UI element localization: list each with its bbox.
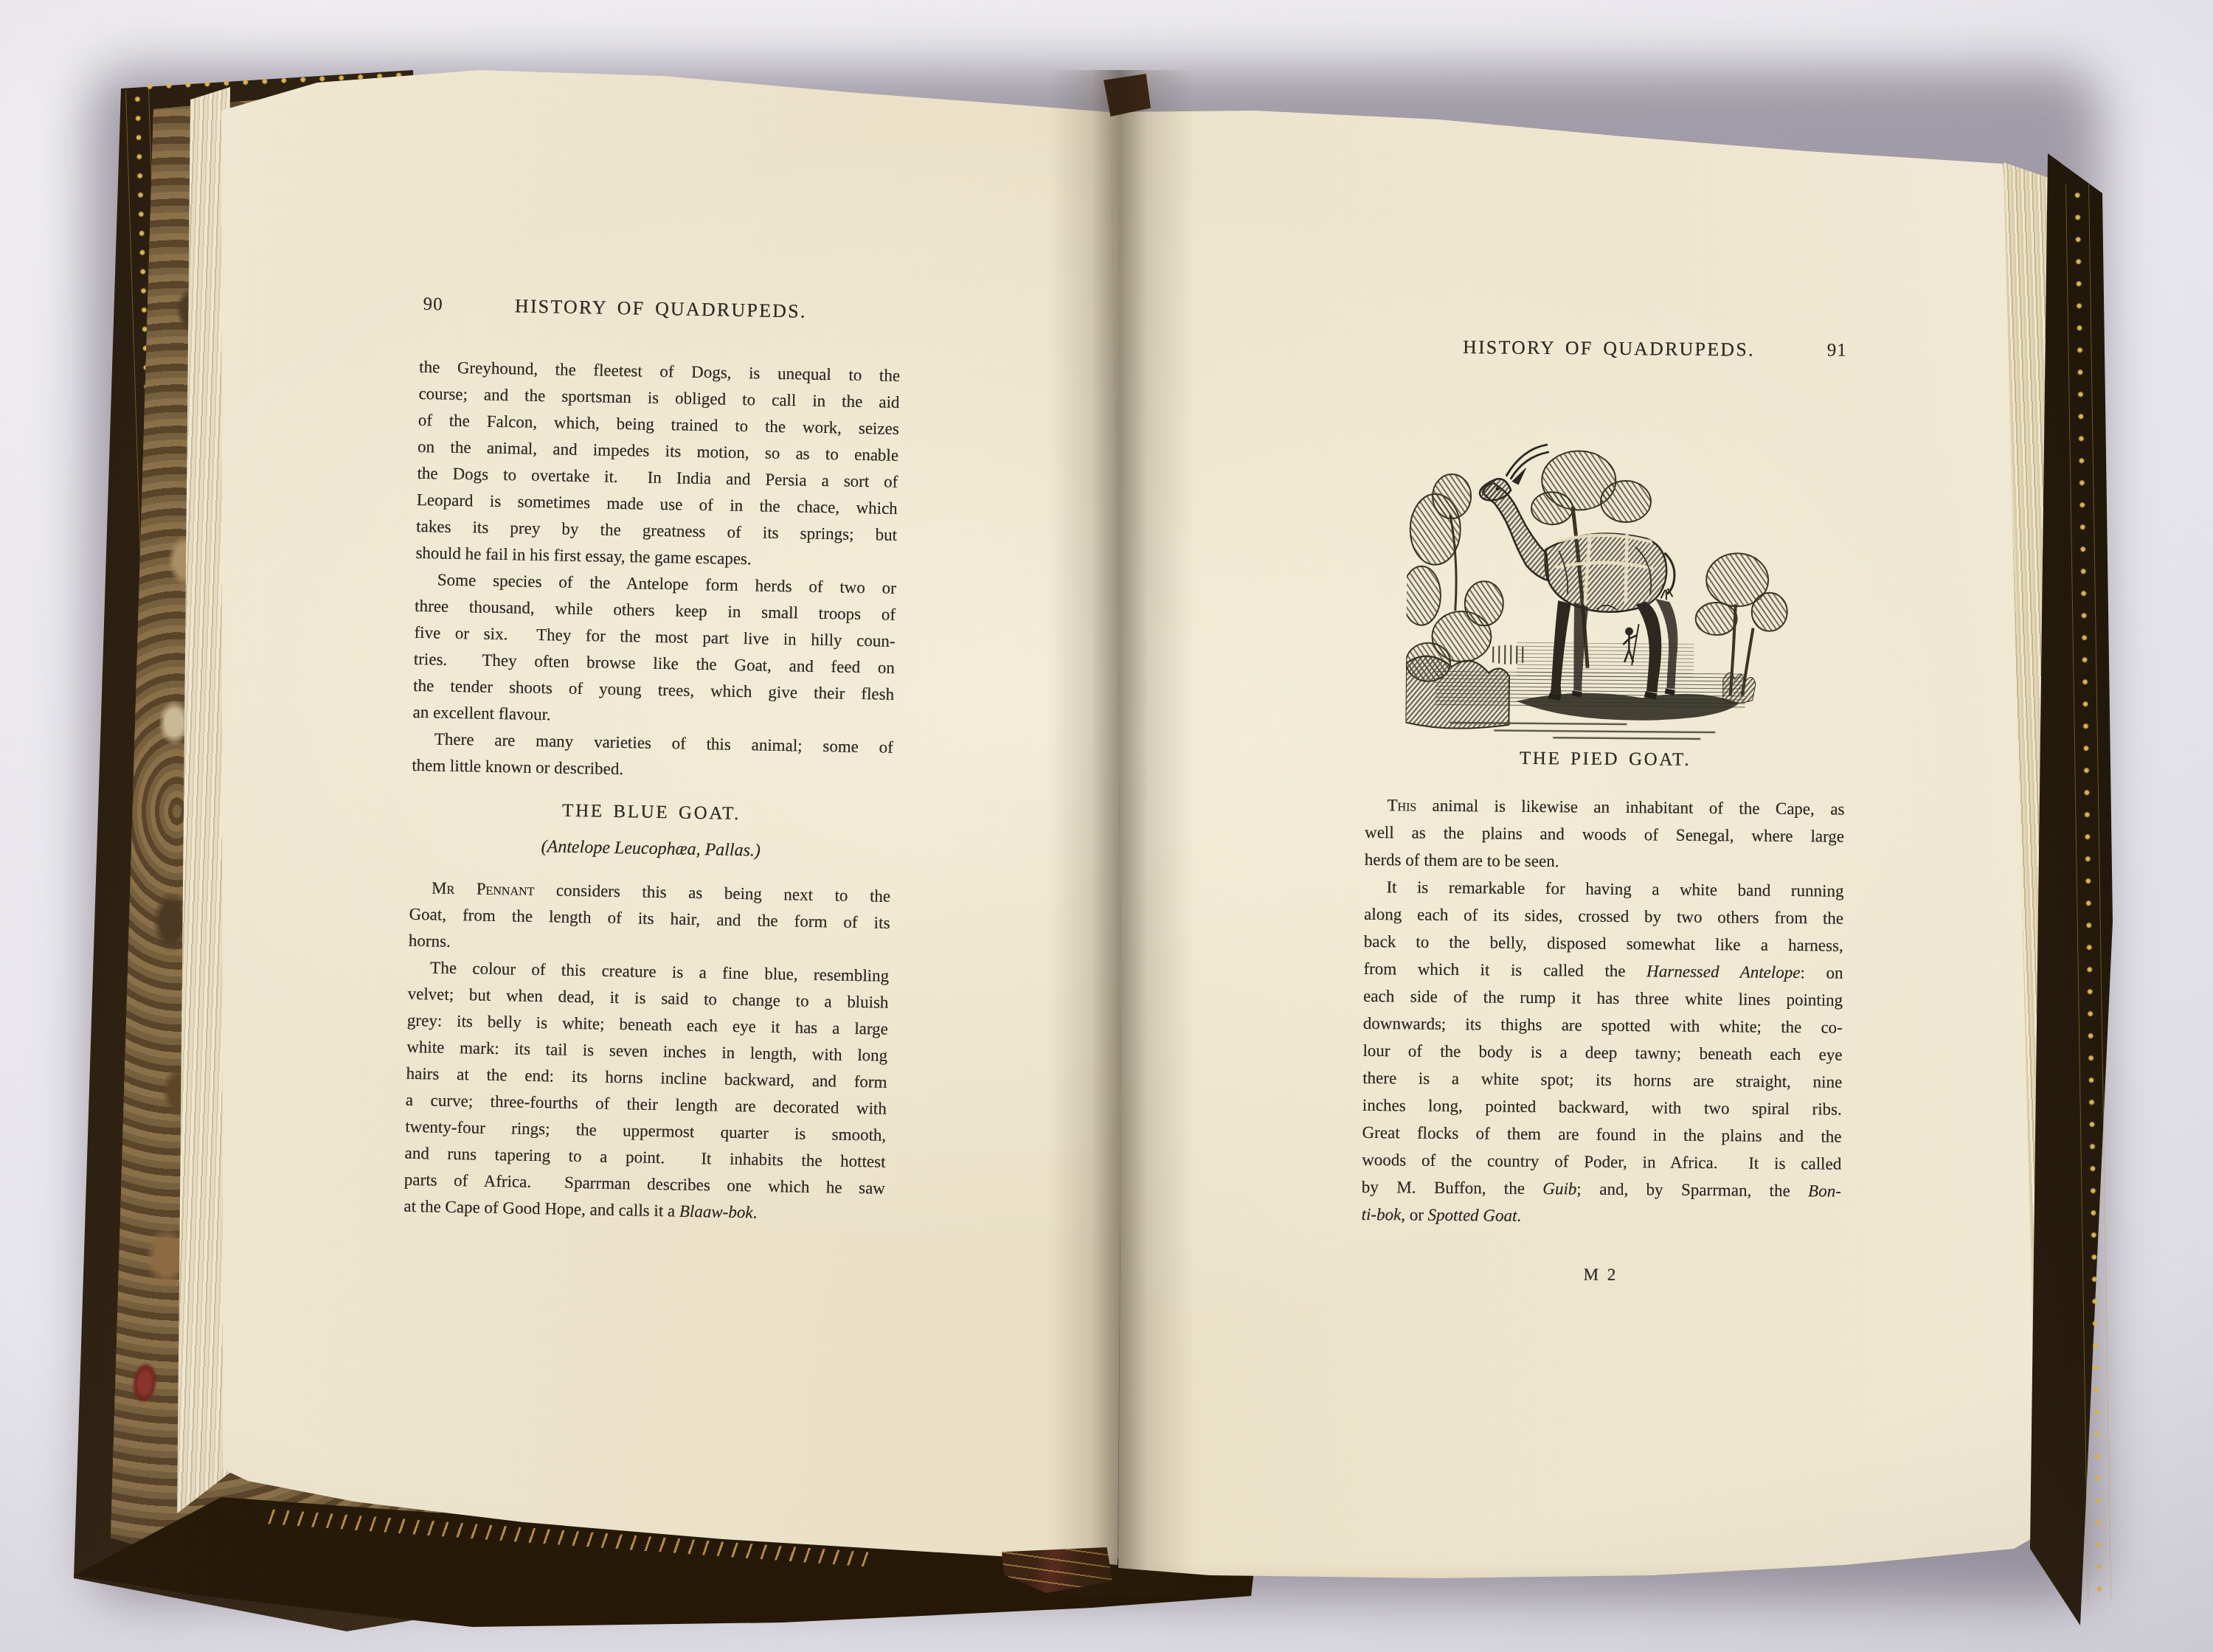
- paragraph: This animal is likewise an inhabitant of…: [1365, 791, 1845, 878]
- left-page-number: 90: [423, 294, 443, 315]
- text-line: Great flocks of them are found in the pl…: [1362, 1119, 1841, 1150]
- paragraph: It is remarkable for having a white band…: [1361, 873, 1843, 1232]
- gutter-shadow: [1047, 70, 1195, 1597]
- text-line: by M. Buffon, the Guib; and, by Sparrman…: [1362, 1173, 1841, 1205]
- right-page-text: HISTORY OF QUADRUPEDS. 91: [1369, 336, 1849, 369]
- photo-background: 90 HISTORY OF QUADRUPEDS. the Greyhound,…: [0, 0, 2213, 1652]
- paragraph: There are many varieties of this animal;…: [412, 726, 893, 788]
- text-line: ti-bok, or Spotted Goat.: [1361, 1201, 1840, 1232]
- paragraph: The colour of this creature is a fine bl…: [404, 954, 889, 1229]
- pied-goat-engraving: [1405, 426, 1792, 754]
- text-line: along each of its sides, crossed by two …: [1364, 900, 1843, 932]
- right-body-paragraphs: This animal is likewise an inhabitant of…: [1361, 791, 1844, 1232]
- text-line: herds of them are to be seen.: [1365, 846, 1844, 878]
- text-line: back to the belly, disposed somewhat lik…: [1364, 928, 1843, 959]
- harnessed-antelope-woodcut-icon: [1405, 426, 1792, 754]
- text-line: woods of the country of Poder, in Africa…: [1362, 1146, 1841, 1178]
- text-line: well as the plains and woods of Senegal,…: [1365, 819, 1844, 850]
- right-running-title: HISTORY OF QUADRUPEDS.: [1369, 336, 1849, 362]
- right-running-header: HISTORY OF QUADRUPEDS. 91: [1369, 336, 1849, 369]
- text-line: lour of the body is a deep tawny; beneat…: [1362, 1037, 1842, 1069]
- engraving-caption-pied-goat: THE PIED GOAT.: [1365, 747, 1845, 772]
- text-line: from which it is called the Harnessed An…: [1363, 955, 1843, 987]
- paragraph: the Greyhound, the fleetest of Dogs, is …: [415, 354, 900, 575]
- text-line: This animal is likewise an inhabitant of…: [1365, 791, 1844, 823]
- paragraph: Some species of the Antelope form herds …: [412, 566, 896, 735]
- left-body-paragraphs-2: Mr Pennant considers this as being next …: [404, 875, 890, 1229]
- left-body-paragraphs: the Greyhound, the fleetest of Dogs, is …: [412, 354, 900, 788]
- paragraph: Mr Pennant considers this as being next …: [409, 875, 891, 963]
- text-line: downwards; its thighs are spotted with w…: [1363, 1010, 1843, 1041]
- text-line: each side of the rump it has three white…: [1363, 982, 1843, 1014]
- text-line: inches long, pointed backward, with two …: [1362, 1091, 1842, 1123]
- text-line: It is remarkable for having a white band…: [1364, 873, 1843, 905]
- right-page-number: 91: [1827, 340, 1847, 361]
- text-line: there is a white spot; its horns are str…: [1362, 1064, 1842, 1096]
